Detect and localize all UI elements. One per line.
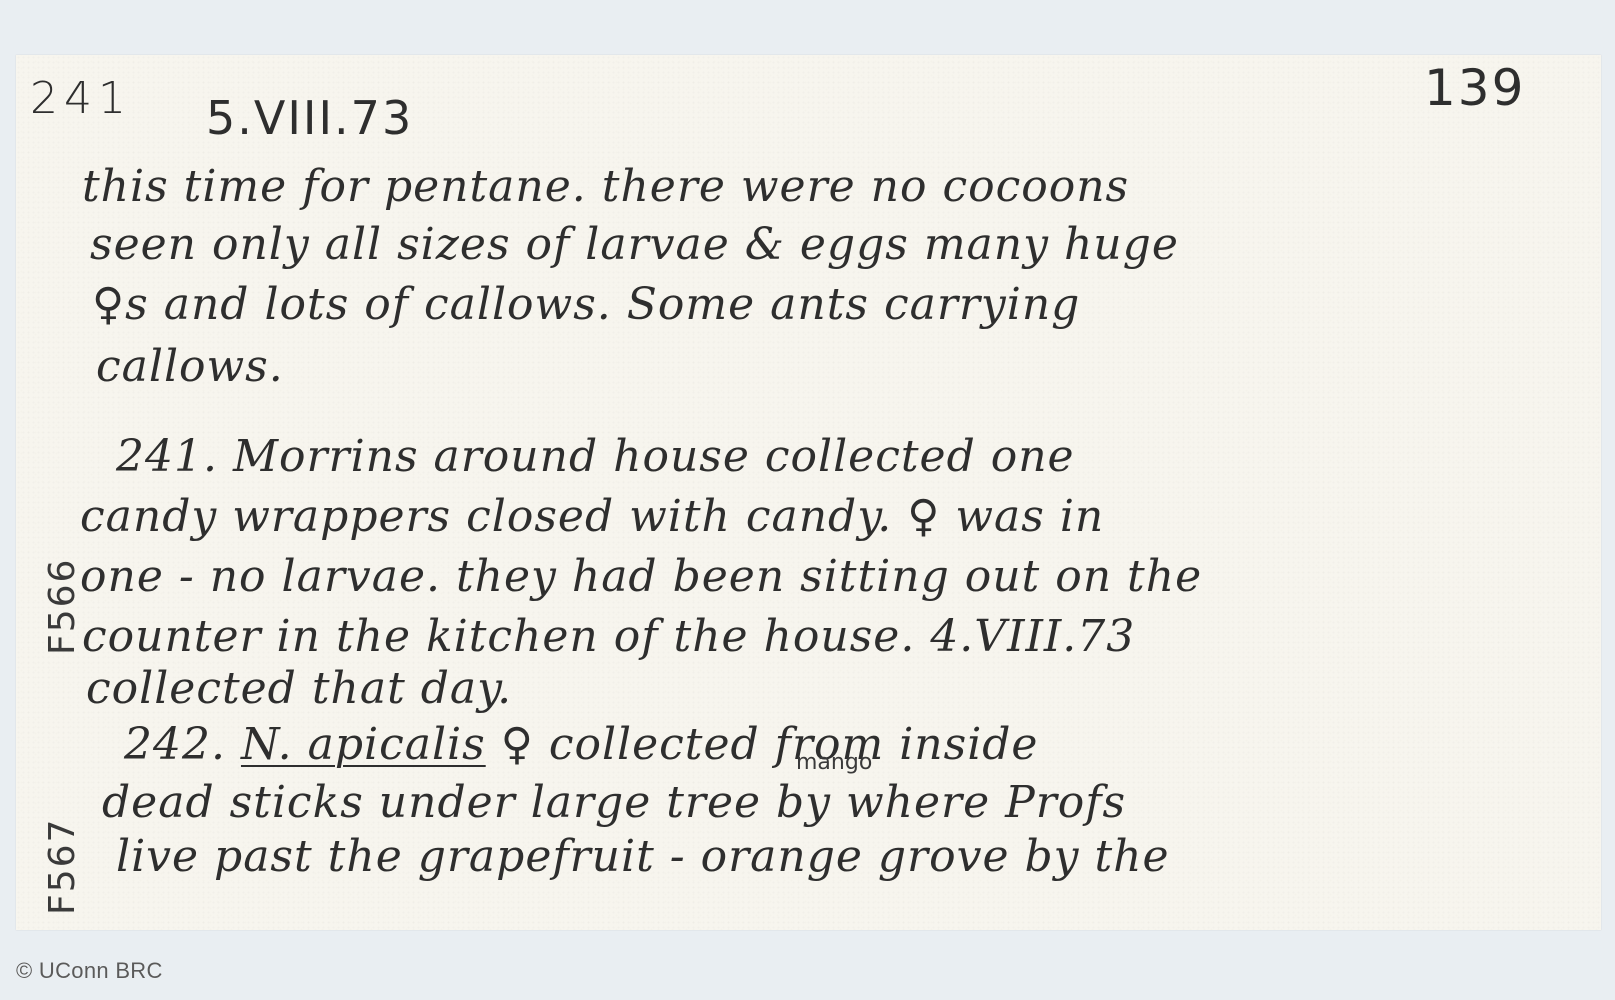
copyright-notice: © UConn BRC [16, 958, 163, 984]
note-line-9: collected that day. [86, 667, 512, 711]
inserted-word: mango [796, 750, 872, 775]
entry-242-text: ♀ collected from inside [501, 719, 1039, 770]
entry-242-number: 242. [124, 719, 226, 770]
record-number: 241 [30, 77, 132, 121]
index-card: 241 5.VIII.73 139 this time for pentane.… [16, 55, 1601, 930]
margin-note-f566: F566 [42, 558, 83, 655]
page: 241 5.VIII.73 139 this time for pentane.… [0, 0, 1615, 1000]
note-line-3: ♀s and lots of callows. Some ants carryi… [92, 283, 1080, 327]
note-line-8: counter in the kitchen of the house. 4.V… [82, 615, 1135, 659]
note-line-11: dead sticks under large tree by where Pr… [102, 781, 1126, 825]
note-line-4: callows. [96, 345, 284, 389]
record-date: 5.VIII.73 [206, 95, 413, 141]
note-line-2: seen only all sizes of larvae & eggs man… [90, 223, 1179, 267]
species-name: N. apicalis [241, 719, 486, 770]
note-line-1: this time for pentane. there were no coc… [82, 165, 1129, 209]
entry-242-line: 242. N. apicalis ♀ collected from inside [124, 723, 1038, 767]
note-line-12: live past the grapefruit - orange grove … [116, 835, 1170, 879]
page-number: 139 [1424, 63, 1525, 113]
margin-note-f567: F567 [42, 818, 83, 915]
note-line-5: 241. Morrins around house collected one [116, 435, 1075, 479]
note-line-7: one - no larvae. they had been sitting o… [80, 555, 1202, 599]
note-line-6: candy wrappers closed with candy. ♀ was … [80, 495, 1104, 539]
